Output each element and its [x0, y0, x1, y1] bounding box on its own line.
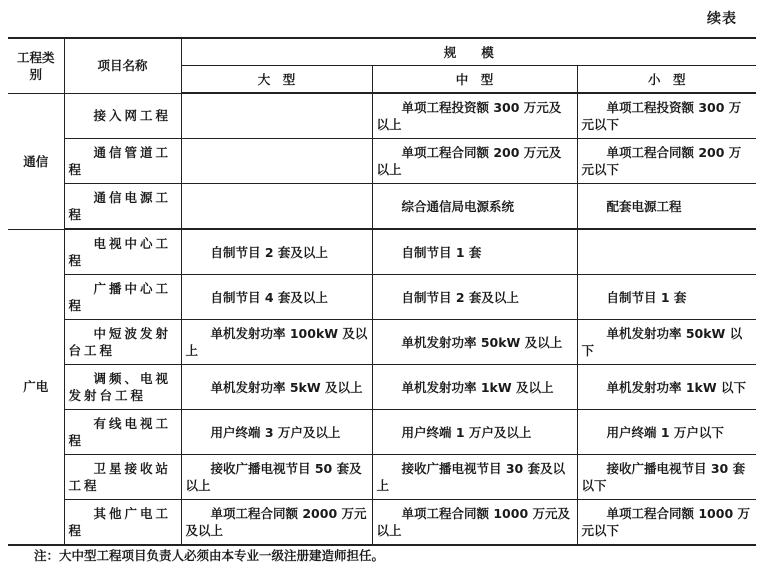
medium-cell: 自制节目 2 套及以上: [372, 275, 577, 320]
category-cell: 广电: [8, 229, 64, 545]
project-name-cell: 其他广电工程: [64, 500, 181, 546]
table-row: 有线电视工程 用户终端 3 万户及以上 用户终端 1 万户及以上 用户终端 1 …: [8, 410, 756, 455]
project-name-cell: 中短波发射台工程: [64, 320, 181, 365]
medium-cell: 单机发射功率 1kW 及以上: [372, 365, 577, 410]
medium-cell: 用户终端 1 万户及以上: [372, 410, 577, 455]
small-cell: [577, 229, 756, 275]
small-cell: 单机发射功率 1kW 以下: [577, 365, 756, 410]
large-cell: 自制节目 2 套及以上: [181, 229, 372, 275]
small-cell: 用户终端 1 万户以下: [577, 410, 756, 455]
small-cell: 自制节目 1 套: [577, 275, 756, 320]
header-large: 大 型: [181, 66, 372, 94]
medium-cell: 单项工程合同额 1000 万元及以上: [372, 500, 577, 546]
small-cell: 单项工程合同额 1000 万元以下: [577, 500, 756, 546]
project-name-cell: 通信管道工程: [64, 139, 181, 184]
small-cell: 单机发射功率 50kW 以下: [577, 320, 756, 365]
medium-cell: 接收广播电视节目 30 套及以上: [372, 455, 577, 500]
project-name-cell: 调频、电视发射台工程: [64, 365, 181, 410]
small-cell: 接收广播电视节目 30 套以下: [577, 455, 756, 500]
small-cell: 单项工程投资额 300 万元以下: [577, 93, 756, 139]
table-row: 通信 接入网工程 单项工程投资额 300 万元及以上 单项工程投资额 300 万…: [8, 93, 756, 139]
large-cell: 接收广播电视节目 50 套及以上: [181, 455, 372, 500]
small-cell: 单项工程合同额 200 万元以下: [577, 139, 756, 184]
medium-cell: 单项工程投资额 300 万元及以上: [372, 93, 577, 139]
large-cell: 自制节目 4 套及以上: [181, 275, 372, 320]
category-cell: 通信: [8, 93, 64, 229]
table-row: 通信管道工程 单项工程合同额 200 万元及以上 单项工程合同额 200 万元以…: [8, 139, 756, 184]
large-cell: 用户终端 3 万户及以上: [181, 410, 372, 455]
project-name-cell: 广播中心工程: [64, 275, 181, 320]
project-name-cell: 接入网工程: [64, 93, 181, 139]
project-name-cell: 通信电源工程: [64, 184, 181, 230]
medium-cell: 单机发射功率 50kW 及以上: [372, 320, 577, 365]
header-scale: 规 模: [181, 38, 756, 66]
table-row: 广电 电视中心工程 自制节目 2 套及以上 自制节目 1 套: [8, 229, 756, 275]
large-cell: [181, 139, 372, 184]
header-medium: 中 型: [372, 66, 577, 94]
project-name-cell: 卫星接收站工程: [64, 455, 181, 500]
project-name-cell: 电视中心工程: [64, 229, 181, 275]
table-footnote: 注：大中型工程项目负责人必须由本专业一级注册建造师担任。: [34, 546, 384, 564]
header-small: 小 型: [577, 66, 756, 94]
large-cell: 单项工程合同额 2000 万元及以上: [181, 500, 372, 546]
table-caption: 续表: [707, 8, 737, 28]
small-cell: 配套电源工程: [577, 184, 756, 230]
table-row: 其他广电工程 单项工程合同额 2000 万元及以上 单项工程合同额 1000 万…: [8, 500, 756, 546]
large-cell: 单机发射功率 5kW 及以上: [181, 365, 372, 410]
table-row: 中短波发射台工程 单机发射功率 100kW 及以上 单机发射功率 50kW 及以…: [8, 320, 756, 365]
table-row: 卫星接收站工程 接收广播电视节目 50 套及以上 接收广播电视节目 30 套及以…: [8, 455, 756, 500]
medium-cell: 自制节目 1 套: [372, 229, 577, 275]
project-name-cell: 有线电视工程: [64, 410, 181, 455]
large-cell: [181, 93, 372, 139]
medium-cell: 综合通信局电源系统: [372, 184, 577, 230]
header-project-name: 项目名称: [64, 38, 181, 93]
project-scale-table: 工程类别 项目名称 规 模 大 型 中 型 小 型 通信 接入网工程 单项工程投…: [8, 37, 756, 546]
table-row: 调频、电视发射台工程 单机发射功率 5kW 及以上 单机发射功率 1kW 及以上…: [8, 365, 756, 410]
header-category: 工程类别: [8, 38, 64, 93]
table-row: 通信电源工程 综合通信局电源系统 配套电源工程: [8, 184, 756, 230]
table-row: 广播中心工程 自制节目 4 套及以上 自制节目 2 套及以上 自制节目 1 套: [8, 275, 756, 320]
large-cell: 单机发射功率 100kW 及以上: [181, 320, 372, 365]
large-cell: [181, 184, 372, 230]
medium-cell: 单项工程合同额 200 万元及以上: [372, 139, 577, 184]
